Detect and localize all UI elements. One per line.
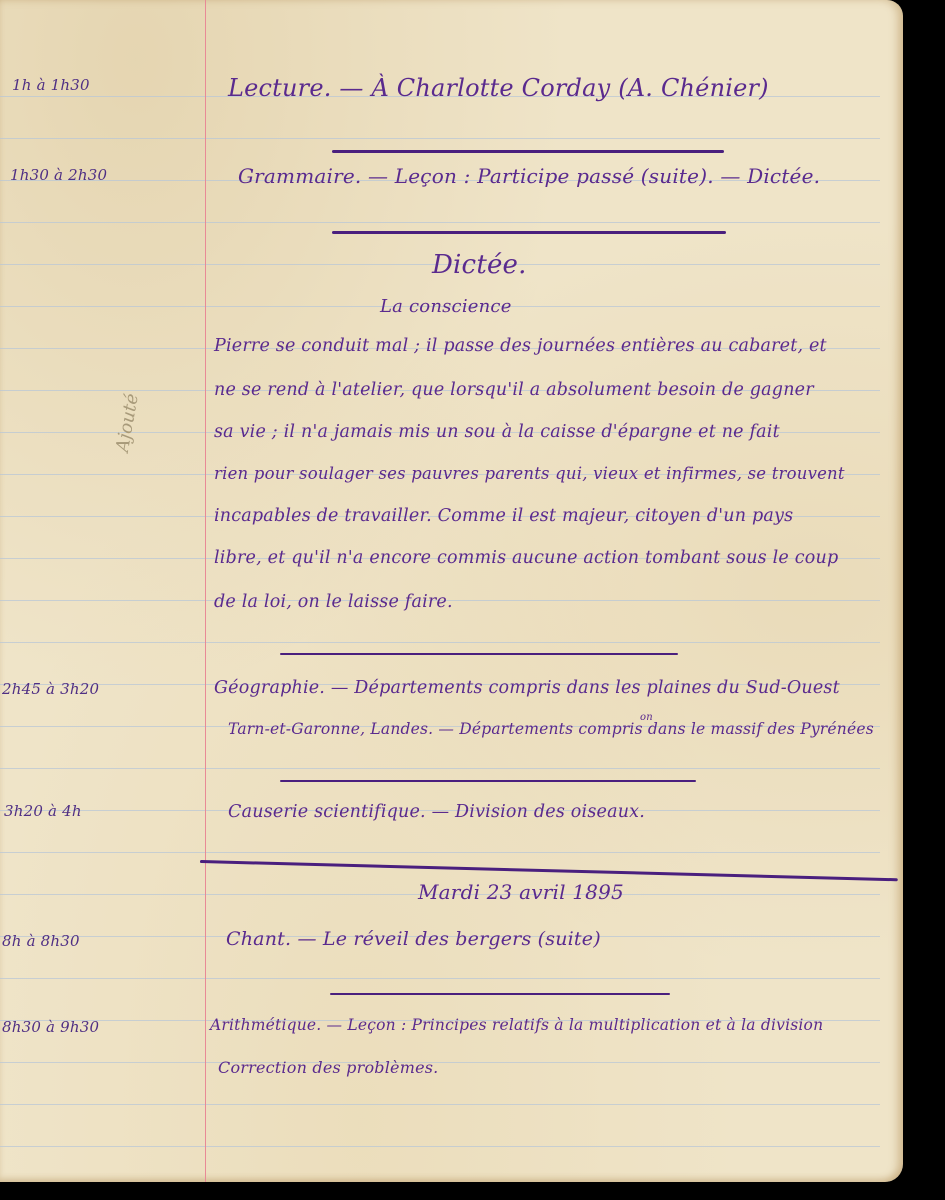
lesson-line: Géographie. — Départements compris dans … (214, 678, 840, 698)
ruled-line (0, 138, 880, 139)
lesson-line: Causerie scientifique. — Division des oi… (228, 802, 645, 822)
dictation-line: incapables de travailler. Comme il est m… (214, 506, 793, 526)
ruled-line (0, 1104, 880, 1105)
lesson-line: Chant. — Le réveil des bergers (suite) (226, 928, 601, 950)
date-heading: Mardi 23 avril 1895 (418, 880, 624, 904)
time-slot: 2h45 à 3h20 (2, 680, 99, 698)
ruled-line (0, 642, 880, 643)
lesson-line: Grammaire. — Leçon : Participe passé (su… (238, 164, 820, 188)
ruled-line (0, 1062, 880, 1063)
dictation-line: sa vie ; il n'a jamais mis un sou à la c… (214, 422, 780, 442)
ruled-line (0, 852, 880, 853)
margin-note: Ajouté (112, 392, 143, 454)
section-divider (332, 150, 724, 153)
section-divider (280, 780, 696, 782)
lesson-line: Lecture. — À Charlotte Corday (A. Chénie… (228, 74, 769, 102)
dictation-line: Pierre se conduit mal ; il passe des jou… (214, 336, 827, 356)
section-divider (332, 231, 726, 234)
dictation-line: ne se rend à l'atelier, que lorsqu'il a … (214, 380, 814, 400)
margin-line (205, 0, 206, 1182)
time-slot: 8h à 8h30 (2, 932, 80, 950)
day-divider (200, 860, 898, 881)
time-slot: 1h à 1h30 (12, 76, 90, 94)
time-slot: 8h30 à 9h30 (2, 1018, 99, 1036)
dictation-title: Dictée. (432, 250, 527, 280)
ruled-line (0, 978, 880, 979)
ruled-line (0, 1146, 880, 1147)
time-slot: 3h20 à 4h (4, 802, 82, 820)
notebook-page: Ajouté 1h à 1h30 Lecture. — À Charlotte … (0, 0, 903, 1182)
section-divider (330, 993, 670, 995)
lesson-line: Tarn-et-Garonne, Landes. — Départements … (228, 720, 874, 738)
lesson-line: Arithmétique. — Leçon : Principes relati… (210, 1016, 823, 1034)
lesson-line: Correction des problèmes. (218, 1058, 438, 1077)
dictation-line: rien pour soulager ses pauvres parents q… (214, 464, 845, 483)
ruled-line (0, 222, 880, 223)
dictation-line: libre, et qu'il n'a encore commis aucune… (214, 548, 838, 568)
time-slot: 1h30 à 2h30 (10, 166, 107, 184)
section-divider (280, 653, 678, 655)
dictation-line: de la loi, on le laisse faire. (214, 592, 453, 612)
dictation-subtitle: La conscience (380, 296, 512, 317)
ruled-line (0, 768, 880, 769)
